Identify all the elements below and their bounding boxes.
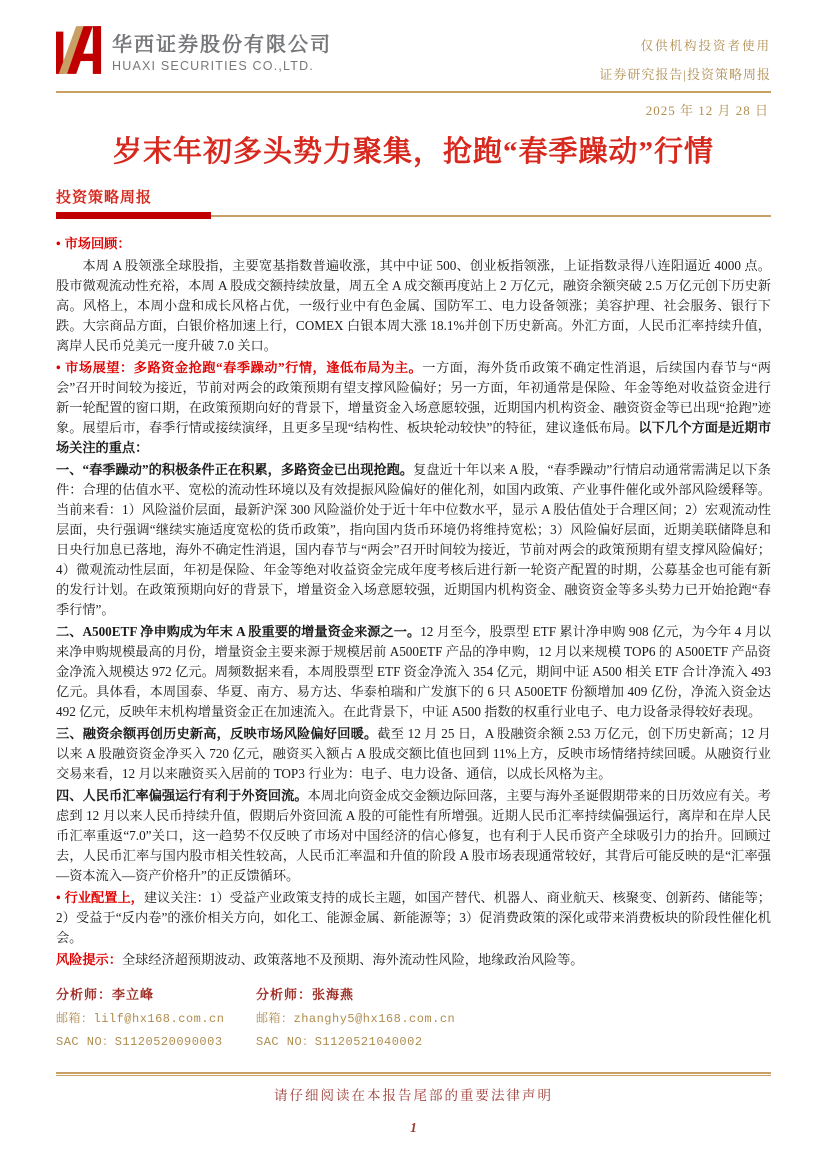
- point-one-lead: 一、“春季躁动”的积极条件正在积累，多路资金已出现抢跑。: [56, 462, 413, 477]
- analyst-sac-number: SAC NO：S1120521040002: [256, 1032, 456, 1049]
- report-title: 岁末年初多头势力聚集，抢跑“春季躁动”行情: [56, 129, 771, 170]
- report-footer: 请仔细阅读在本报告尾部的重要法律声明 1: [56, 1072, 771, 1136]
- footer-divider: [56, 1072, 771, 1076]
- analyst-name: 分析师：李立峰: [56, 984, 256, 1003]
- report-body: •市场回顾： 本周 A 股领涨全球股指，主要宽基指数普遍收涨，其中中证 500、…: [56, 234, 771, 970]
- huaxi-logo-icon: [56, 24, 102, 76]
- point-two-paragraph: 二、A500ETF 净申购成为年末 A 股重要的增量资金来源之一。12 月至今，…: [56, 622, 771, 722]
- title-divider: [56, 212, 771, 219]
- company-name-en: HUAXI SECURITIES CO.,LTD.: [112, 59, 332, 73]
- market-outlook-lead: 市场展望：多路资金抢跑“春季躁动”行情，逢低布局为主。: [65, 360, 423, 375]
- header-right-block: 仅供机构投资者使用 证券研究报告|投资策略周报: [599, 24, 771, 83]
- point-two-lead: 二、A500ETF 净申购成为年末 A 股重要的增量资金来源之一。: [56, 624, 420, 639]
- market-review-heading: •市场回顾：: [56, 234, 771, 254]
- analyst-card: 分析师：张海燕 邮箱：zhanghy5@hx168.com.cn SAC NO：…: [256, 984, 456, 1049]
- analyst-block: 分析师：李立峰 邮箱：lilf@hx168.com.cn SAC NO：S112…: [56, 984, 771, 1049]
- company-brand: 华西证券股份有限公司 HUAXI SECURITIES CO.,LTD.: [56, 24, 332, 76]
- report-page: 华西证券股份有限公司 HUAXI SECURITIES CO.,LTD. 仅供机…: [0, 0, 827, 1169]
- point-three-paragraph: 三、融资余额再创历史新高，反映市场风险偏好回暖。截至 12 月 25 日，A 股…: [56, 724, 771, 784]
- bullet-icon: •: [56, 890, 61, 905]
- bullet-icon: •: [56, 360, 61, 375]
- risk-label: 风险提示：: [56, 952, 122, 967]
- page-number: 1: [56, 1120, 771, 1136]
- point-four-lead: 四、人民币汇率偏强运行有利于外资回流。: [56, 788, 308, 803]
- industry-paragraph: •行业配置上，建议关注：1）受益产业政策支持的成长主题，如国产替代、机器人、商业…: [56, 888, 771, 948]
- analyst-email: 邮箱：zhanghy5@hx168.com.cn: [256, 1009, 456, 1026]
- legal-disclaimer: 请仔细阅读在本报告尾部的重要法律声明: [56, 1084, 771, 1104]
- industry-body: 建议关注：1）受益产业政策支持的成长主题，如国产替代、机器人、商业航天、核聚变、…: [56, 890, 771, 945]
- analyst-sac-number: SAC NO：S1120520090003: [56, 1032, 256, 1049]
- report-type-label: 证券研究报告|投资策略周报: [599, 64, 771, 83]
- bullet-icon: •: [56, 236, 61, 251]
- market-review-paragraph: 本周 A 股领涨全球股指，主要宽基指数普遍收涨，其中中证 500、创业板指领涨，…: [56, 256, 771, 356]
- analyst-email: 邮箱：lilf@hx168.com.cn: [56, 1009, 256, 1026]
- point-one-body: 复盘近十年以来 A 股，“春季躁动”行情启动通常需满足以下条件：合理的估值水平、…: [56, 462, 771, 617]
- risk-paragraph: 风险提示：全球经济超预期波动、政策落地不及预期、海外流动性风险，地缘政治风险等。: [56, 950, 771, 970]
- market-outlook-paragraph: •市场展望：多路资金抢跑“春季躁动”行情，逢低布局为主。一方面，海外货币政策不确…: [56, 358, 771, 458]
- industry-label: 行业配置上，: [65, 890, 144, 905]
- analyst-name: 分析师：张海燕: [256, 984, 456, 1003]
- title-divider-red-bar: [56, 212, 211, 219]
- report-subtitle: 投资策略周报: [56, 186, 771, 207]
- report-date: 2025 年 12 月 28 日: [56, 93, 771, 119]
- point-three-lead: 三、融资余额再创历史新高，反映市场风险偏好回暖。: [56, 726, 377, 741]
- company-name-block: 华西证券股份有限公司 HUAXI SECURITIES CO.,LTD.: [112, 28, 332, 73]
- analyst-card: 分析师：李立峰 邮箱：lilf@hx168.com.cn SAC NO：S112…: [56, 984, 256, 1049]
- point-four-paragraph: 四、人民币汇率偏强运行有利于外资回流。本周北向资金成交金额边际回落，主要与海外圣…: [56, 786, 771, 886]
- investor-notice: 仅供机构投资者使用: [599, 36, 771, 54]
- report-header: 华西证券股份有限公司 HUAXI SECURITIES CO.,LTD. 仅供机…: [56, 24, 771, 83]
- company-name-cn: 华西证券股份有限公司: [112, 28, 332, 57]
- point-one-paragraph: 一、“春季躁动”的积极条件正在积累，多路资金已出现抢跑。复盘近十年以来 A 股，…: [56, 460, 771, 620]
- title-divider-gold-line: [211, 215, 771, 217]
- risk-body: 全球经济超预期波动、政策落地不及预期、海外流动性风险，地缘政治风险等。: [122, 952, 584, 967]
- market-review-label: 市场回顾：: [65, 236, 131, 251]
